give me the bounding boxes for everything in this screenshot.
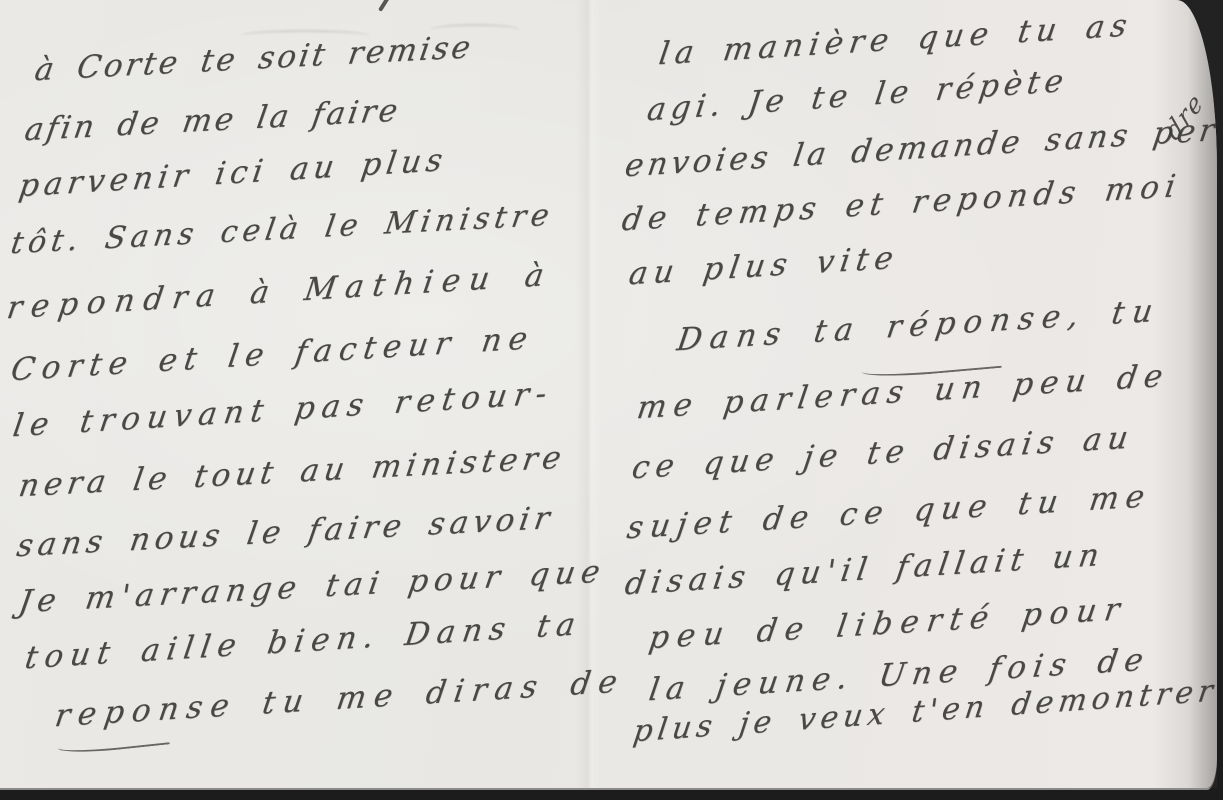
handwritten-line: tôt. Sans celà le Ministre — [8, 198, 556, 262]
handwritten-line: parvenir ici au plus — [17, 142, 450, 205]
handwritten-line: Dans ta réponse, tu — [675, 292, 1163, 358]
handwritten-line: agi. Je te le répète — [645, 63, 1071, 129]
handwritten-line: nera le tout au ministere — [16, 439, 568, 504]
page-edge-shadow — [1153, 0, 1217, 788]
handwritten-line: sans nous le faire savoir — [14, 500, 557, 564]
handwritten-line: sujet de ce que tu me — [625, 478, 1154, 546]
handwritten-line: Corte et le facteur ne — [9, 320, 537, 388]
handwritten-line: tout aille bien. Dans ta — [23, 606, 585, 676]
handwritten-line: ce que je te disais au — [630, 419, 1137, 486]
underline-flourish-reponse-left — [58, 736, 170, 756]
handwritten-line: reponse tu me diras de — [53, 663, 628, 734]
handwritten-line: disais qu'il fallait un — [623, 537, 1108, 603]
handwritten-line: le trouvant pas retour- — [11, 375, 556, 444]
handwritten-line: au plus vite — [627, 240, 902, 293]
handwritten-line: afin de me la faire — [22, 92, 403, 148]
cut-off-ink-stroke — [378, 0, 390, 12]
paper-spread: à Corte te soit remise afin de me la fai… — [0, 0, 1217, 788]
letter-scan: à Corte te soit remise afin de me la fai… — [0, 0, 1223, 800]
handwritten-line: repondra à Mathieu à — [5, 257, 556, 327]
